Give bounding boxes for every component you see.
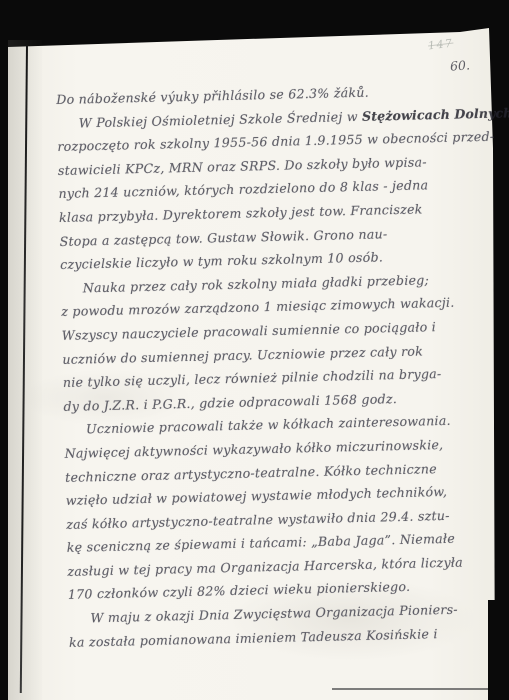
scanner-bottom-edge-line xyxy=(332,688,509,690)
page-number: 60. xyxy=(450,57,471,73)
scanner-corner-shadow xyxy=(488,600,509,700)
scanned-document-photo: 147 60. Do náboženské výuky přihlásilo s… xyxy=(0,0,509,700)
handwriting-text-block: Do náboženské výuky přihlásilo se 62.3% … xyxy=(56,78,494,654)
handwriting-emphasis-darker-ink: Stężowicach Dolnych xyxy=(362,105,509,124)
